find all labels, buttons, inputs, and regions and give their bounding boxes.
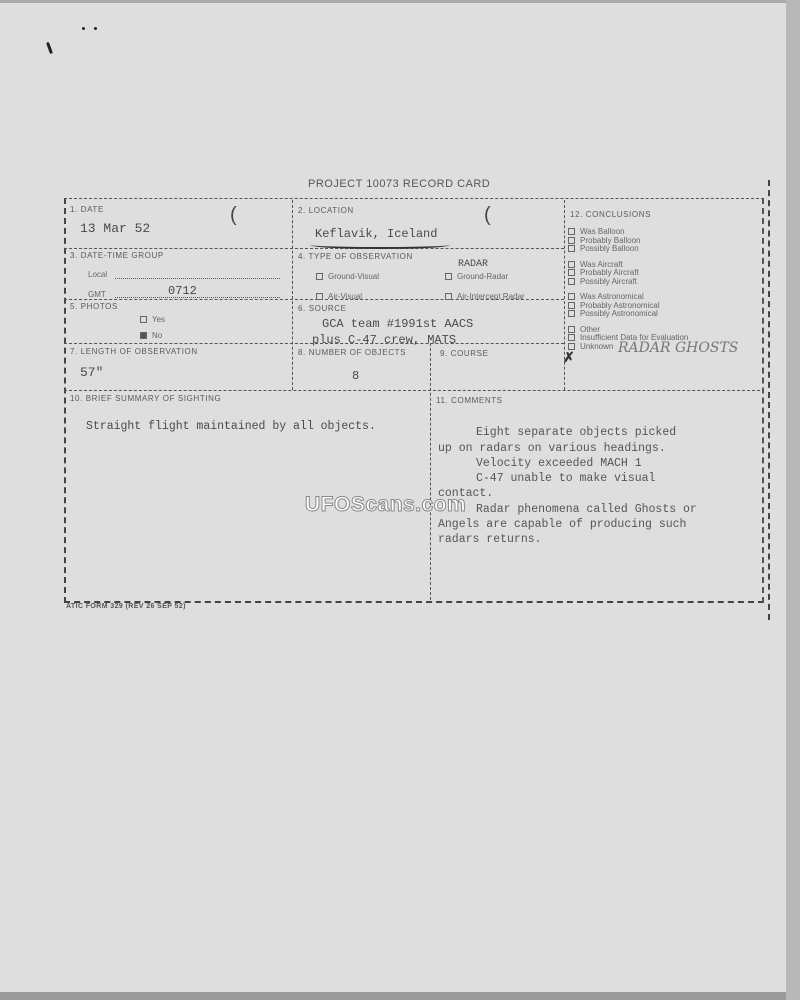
- length-of-observation-value: 57": [80, 365, 103, 380]
- photos-yes[interactable]: Yes: [140, 315, 165, 324]
- comments-label: 11. COMMENTS: [436, 396, 503, 405]
- checkbox-icon: [568, 245, 575, 252]
- comment-line: Velocity exceeded MACH 1: [476, 457, 642, 470]
- option-ground-radar[interactable]: Ground-Radar: [445, 272, 508, 281]
- handwritten-other-note: RADAR GHOSTS: [618, 340, 738, 356]
- card-title: PROJECT 10073 RECORD CARD: [308, 178, 490, 190]
- divider: [292, 200, 293, 390]
- x-check-mark-icon: ✗: [563, 349, 575, 366]
- scan-speck: [82, 27, 85, 30]
- checkbox-icon: [568, 278, 575, 285]
- checkbox-icon: [568, 310, 575, 317]
- checkbox-icon: [316, 273, 323, 280]
- local-label: Local: [88, 270, 107, 279]
- hole-punch-mark: (: [484, 204, 491, 227]
- source-label: 6. SOURCE: [298, 304, 347, 313]
- scan-right-edge: [786, 0, 800, 1000]
- form-footer: ATIC FORM 329 (REV 26 SEP 52): [66, 603, 186, 610]
- brief-summary-text: Straight flight maintained by all object…: [86, 420, 376, 433]
- checkbox-icon: [140, 316, 147, 323]
- local-line: [115, 278, 280, 279]
- number-of-objects-value: 8: [352, 369, 359, 383]
- date-label: 1. DATE: [70, 205, 104, 214]
- comment-line: up on radars on various headings.: [438, 442, 666, 455]
- photos-no[interactable]: No: [140, 331, 162, 340]
- date-time-group-label: 3. DATE-TIME GROUP: [70, 251, 164, 260]
- gmt-line: [115, 297, 280, 298]
- checkbox-icon: [316, 293, 323, 300]
- checkbox-icon: [568, 334, 575, 341]
- checkbox-icon: [568, 302, 575, 309]
- hole-punch-mark: (: [230, 204, 237, 227]
- conclusions-list: Was Balloon Probably Balloon Possibly Ba…: [568, 228, 688, 358]
- checkbox-icon: [568, 237, 575, 244]
- source-line-1: GCA team #1991st AACS: [322, 317, 473, 331]
- conclusion-possibly-astronomical[interactable]: Possibly Astronomical: [568, 310, 688, 319]
- brief-summary-label: 10. BRIEF SUMMARY OF SIGHTING: [70, 394, 221, 403]
- checkbox-icon: [568, 326, 575, 333]
- course-label: 9. COURSE: [440, 349, 489, 358]
- scan-top-edge: [0, 0, 800, 3]
- checkbox-icon: [568, 293, 575, 300]
- checkbox-checked-icon: [140, 332, 147, 339]
- comment-line: Eight separate objects picked: [476, 426, 676, 439]
- scan-bottom-edge: [0, 992, 786, 1000]
- gmt-label: GMT: [88, 290, 106, 299]
- length-of-observation-label: 7. LENGTH OF OBSERVATION: [70, 347, 198, 356]
- scan-speck: [94, 27, 97, 30]
- comment-line: radars returns.: [438, 533, 542, 546]
- date-value: 13 Mar 52: [80, 221, 150, 236]
- option-ground-visual[interactable]: Ground-Visual: [316, 272, 379, 281]
- watermark: UFOScans.com: [305, 493, 466, 517]
- conclusion-possibly-aircraft[interactable]: Possibly Aircraft: [568, 278, 688, 287]
- conclusions-label: 12. CONCLUSIONS: [570, 210, 651, 219]
- card-outer-border: [768, 180, 772, 620]
- option-air-visual[interactable]: Air-Visual: [316, 292, 362, 301]
- source-line-2: plus C-47 crew, MATS: [312, 333, 456, 347]
- number-of-objects-label: 8. NUMBER OF OBJECTS: [298, 348, 406, 357]
- divider: [64, 248, 564, 249]
- comment-line: C-47 unable to make visual: [476, 472, 655, 485]
- photos-label: 5. PHOTOS: [70, 302, 118, 311]
- gmt-value: 0712: [168, 284, 197, 298]
- checkbox-icon: [568, 261, 575, 268]
- type-of-observation-label: 4. TYPE OF OBSERVATION: [298, 252, 413, 261]
- checkbox-icon: [568, 228, 575, 235]
- divider: [64, 390, 760, 391]
- location-value: Keflavik, Iceland: [315, 227, 437, 241]
- conclusion-possibly-balloon[interactable]: Possibly Balloon: [568, 245, 688, 254]
- comment-line: Angels are capable of producing such: [438, 518, 686, 531]
- checkbox-icon: [445, 293, 452, 300]
- checkbox-icon: [568, 269, 575, 276]
- option-air-intercept-radar[interactable]: Air-Intercept Radar: [445, 292, 525, 301]
- checkbox-icon: [445, 273, 452, 280]
- location-label: 2. LOCATION: [298, 206, 354, 215]
- radar-annotation: RADAR: [458, 259, 488, 270]
- pen-underline: [310, 241, 450, 249]
- comment-line: Radar phenomena called Ghosts or: [476, 503, 697, 516]
- divider: [430, 343, 431, 600]
